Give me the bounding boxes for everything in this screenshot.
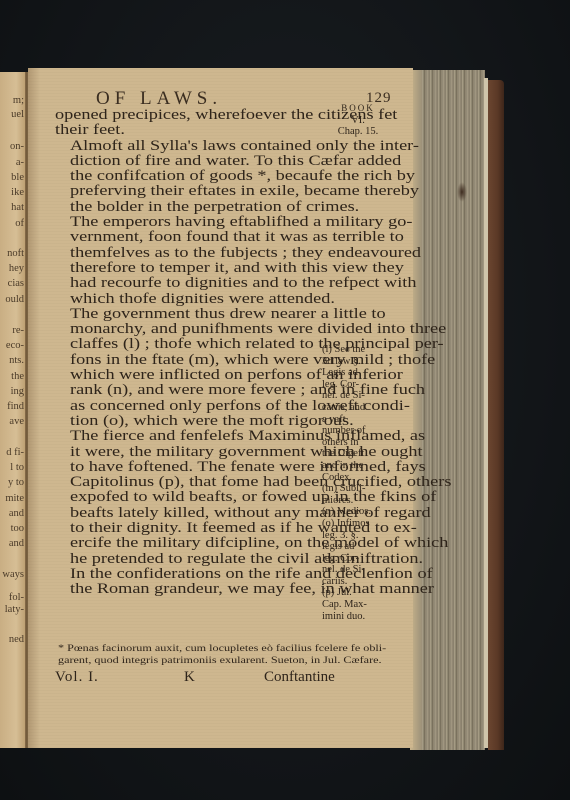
marginal-note-line: nel. de Si- xyxy=(322,390,384,402)
marginal-note-line: (m) Subli- xyxy=(322,483,384,495)
marginal-note-line: cariis, and xyxy=(322,402,384,414)
marginal-note-line: leg. Cor- xyxy=(322,553,384,565)
footnote-line: * Pœnas facinorum auxit, cum locupletes … xyxy=(58,643,380,655)
marginal-note-line: miores. xyxy=(322,495,384,507)
side-heading-chapter: Chap. 15. xyxy=(332,126,384,138)
text-line: claffes (l) ; thofe which related to the… xyxy=(55,337,328,352)
left-page-text-fragment: ould xyxy=(5,293,24,306)
left-page-text-fragment: m; xyxy=(13,94,24,107)
left-page-text-fragment: noft xyxy=(7,247,24,260)
marginal-note-line: a vaft xyxy=(322,414,384,426)
marginal-note-line: nel. de Si- xyxy=(322,564,384,576)
left-page-text-fragment: re- xyxy=(12,324,24,337)
left-page-text-fragment: find xyxy=(7,400,24,413)
marginal-note-line: Cap. Max- xyxy=(322,599,384,611)
left-page-text-fragment: hey xyxy=(9,262,24,275)
text-line: The government thus drew nearer a little… xyxy=(55,307,328,322)
left-page-text-fragment: d fi- xyxy=(6,446,24,459)
text-line: he pretended to regulate the civil admin… xyxy=(55,552,328,567)
left-page-text-fragment: on- xyxy=(10,140,24,153)
marginal-note-line: others in xyxy=(322,437,384,449)
text-line: the confifcation of goods *, becaufe the… xyxy=(55,169,328,184)
text-line: beafts lately killed, without any manner… xyxy=(55,506,328,521)
left-page-text-fragment: ned xyxy=(9,633,24,646)
left-page-text-fragment: eco- xyxy=(6,339,24,352)
marginal-note-line: (l) See the xyxy=(322,344,384,356)
left-page-text-fragment: hat xyxy=(11,201,24,214)
left-page-text-fragment: and xyxy=(9,537,24,550)
left-page-text-fragment: y to xyxy=(8,476,24,489)
paragraph: The government thus drew nearer a little… xyxy=(55,307,328,429)
text-line: Capitolinus (p), that fome had been cruc… xyxy=(55,475,328,490)
text-line: to their dignity. It feemed as if he wan… xyxy=(55,521,328,536)
text-line: vernment, foon found that it was as terr… xyxy=(55,230,328,245)
left-page-text-fragment: ble xyxy=(11,171,24,184)
left-page-text-fragment: nts. xyxy=(9,354,24,367)
text-line: expofed to wild beafts, or fowed up in t… xyxy=(55,490,328,505)
marginal-note-line: (p) Jul. xyxy=(322,587,384,599)
text-line: their feet. xyxy=(55,123,328,138)
body-text: opened precipices, wherefoever the citiz… xyxy=(55,108,328,598)
text-line: therefore to temper it, and with this vi… xyxy=(55,261,328,276)
text-line: Almoft all Sylla's laws contained only t… xyxy=(55,139,328,154)
left-page-text-fragment: of xyxy=(15,217,24,230)
text-line: the bolder in the perpetration of crimes… xyxy=(55,200,328,215)
text-line: In the confiderations on the rife and de… xyxy=(55,567,328,582)
text-line: ercife the military difcipline, on the m… xyxy=(55,536,328,551)
marginal-note-line: number of xyxy=(322,425,384,437)
text-line: The fierce and fenfelefs Maximinus infla… xyxy=(55,429,328,444)
gutter-shadow xyxy=(28,68,40,748)
marginal-note-line: Codex. xyxy=(322,472,384,484)
footnote: * Pœnas facinorum auxit, cum locupletes … xyxy=(58,643,380,667)
paragraph: The emperors having eftablifhed a milita… xyxy=(55,215,328,307)
text-line: rank (n), and were more fevere ; and in … xyxy=(55,383,328,398)
catchword: Conftantine xyxy=(264,669,335,686)
marginal-notes: (l) See the3d law §.Legis adleg. Cor-nel… xyxy=(322,344,384,622)
marginal-note-line: Legis ad xyxy=(322,367,384,379)
text-line: themfelves as to the fubjects ; they end… xyxy=(55,246,328,261)
text-line: opened precipices, wherefoever the citiz… xyxy=(55,108,328,123)
marginal-note-line: the Digeft xyxy=(322,448,384,460)
text-line: tion (o), which were the moft rigorous. xyxy=(55,414,328,429)
footnote-line: garent, quod integris patrimoniis exular… xyxy=(58,655,380,667)
paragraph: In the confiderations on the rife and de… xyxy=(55,567,328,598)
paragraph: Almoft all Sylla's laws contained only t… xyxy=(55,139,328,215)
left-page-text-fragment: ways xyxy=(2,568,24,581)
marginal-note-line: leg. 3. §. xyxy=(322,530,384,542)
marginal-note-line: 3d law §. xyxy=(322,356,384,368)
text-line: it were, the military government which h… xyxy=(55,445,328,460)
left-page-text-fragment: and xyxy=(9,507,24,520)
left-page-text-fragment: mite xyxy=(5,492,24,505)
paragraph: The fierce and fenfelefs Maximinus infla… xyxy=(55,429,328,567)
text-line: the Roman grandeur, we may fee, in what … xyxy=(55,582,328,597)
signature-mark: K xyxy=(184,669,195,686)
leather-cover-edge xyxy=(488,80,504,750)
text-line: had recourfe to dignities and to the ref… xyxy=(55,276,328,291)
left-page-text-fragment: too xyxy=(11,522,24,535)
volume-label: Vol. I. xyxy=(55,669,99,686)
text-line: to have foftened. The fenate were inform… xyxy=(55,460,328,475)
text-line: which thofe dignities were attended. xyxy=(55,292,328,307)
left-page-text-fragment: uel xyxy=(11,108,24,121)
text-line: monarchy, and punifhments were divided i… xyxy=(55,322,328,337)
text-line: preferving their eftates in exile, becam… xyxy=(55,184,328,199)
left-page-text-fragment: l to xyxy=(10,461,24,474)
marginal-note-line: leg. Cor- xyxy=(322,379,384,391)
left-page-text-fragment: laty- xyxy=(5,603,24,616)
text-line: as concerned only perfons of the loweft … xyxy=(55,399,328,414)
paragraph: opened precipices, wherefoever the citiz… xyxy=(55,108,328,139)
text-line: diction of fire and water. To this Cæfar… xyxy=(55,154,328,169)
left-page-text-fragment: a- xyxy=(16,156,24,169)
marginal-note-line: imini duo. xyxy=(322,611,384,623)
left-page-text-fragment: cias xyxy=(8,277,24,290)
text-line: fons in the ftate (m), which were very m… xyxy=(55,353,328,368)
marginal-note-line: legis ad xyxy=(322,541,384,553)
text-line: The emperors having eftablifhed a milita… xyxy=(55,215,328,230)
fore-edge-stain xyxy=(457,182,467,202)
marginal-note-line: (o) Infimos xyxy=(322,518,384,530)
marginal-note-line: and in the xyxy=(322,460,384,472)
left-page-text-fragment: ing xyxy=(11,385,24,398)
left-page-edge: m;uelon-a-bleikehatofnoftheyciasouldre-e… xyxy=(0,72,27,748)
marginal-note-line: (n) Medios. xyxy=(322,506,384,518)
marginal-note-line: cariis. xyxy=(322,576,384,588)
text-line: which were inflicted on perfons of an in… xyxy=(55,368,328,383)
left-page-text-fragment: ave xyxy=(9,415,24,428)
left-page-text-fragment: ike xyxy=(11,186,24,199)
left-page-text-fragment: the xyxy=(11,370,24,383)
